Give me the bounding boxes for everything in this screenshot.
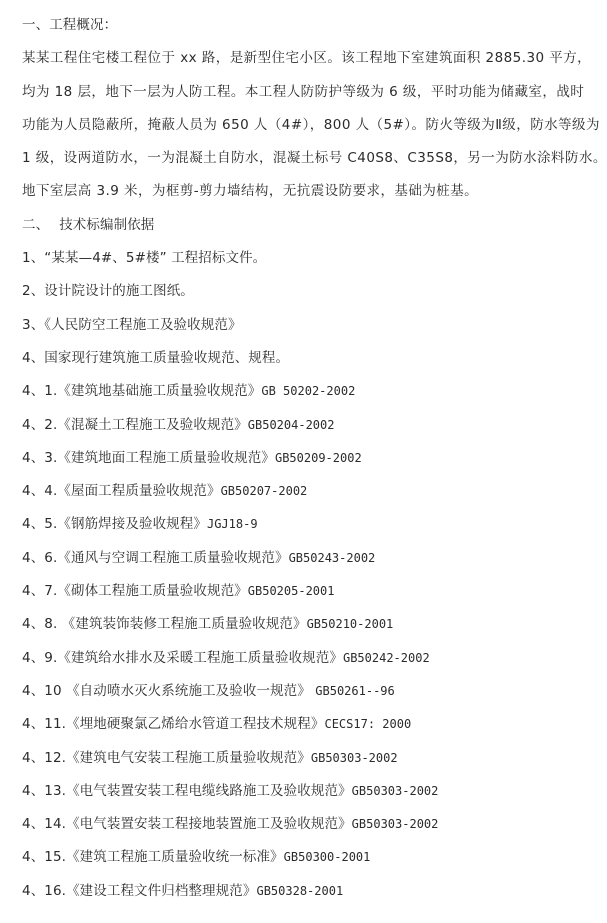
list-item: 4、4.《屋面工程质量验收规范》GB50207-2002 bbox=[22, 478, 597, 511]
item-text: 《人民防空工程施工及验收规范》 bbox=[44, 317, 241, 333]
item-text: 《自动喷水灭火系统施工及验收一规范》 bbox=[62, 683, 316, 699]
item-code: GB50207-2002 bbox=[221, 484, 308, 498]
list-item: 4、10 《自动喷水灭火系统施工及验收一规范》 GB50261--96 bbox=[22, 678, 597, 711]
item-number: 4、4. bbox=[22, 483, 57, 499]
item-number: 4、11. bbox=[22, 716, 66, 732]
item-text: 《建筑装饰装修工程施工质量验收规范》 bbox=[57, 616, 306, 632]
item-text: 《建筑工程施工质量验收统一标准》 bbox=[66, 849, 284, 865]
list-item: 4、3.《建筑地面工程施工质量验收规范》GB50209-2002 bbox=[22, 445, 597, 478]
paragraph-line: 功能为人员隐蔽所，掩蔽人员为 650 人（4#），800 人（5#）。防火等级为… bbox=[22, 112, 597, 145]
item-number: 4、9. bbox=[22, 650, 57, 666]
item-number: 4、3. bbox=[22, 450, 57, 466]
list-item: 3、《人民防空工程施工及验收规范》 bbox=[22, 312, 597, 345]
list-item: 4、国家现行建筑施工质量验收规范、规程。 bbox=[22, 345, 597, 378]
item-text: 《屋面工程质量验收规范》 bbox=[57, 483, 220, 499]
list-item: 1、“某某—4#、5#楼” 工程招标文件。 bbox=[22, 245, 597, 278]
item-number: 4、12. bbox=[22, 750, 66, 766]
item-number: 4、7. bbox=[22, 583, 57, 599]
list-item: 4、11.《埋地硬聚氯乙烯给水管道工程技术规程》CECS17: 2000 bbox=[22, 711, 597, 744]
item-code: GB 50202-2002 bbox=[261, 384, 355, 398]
section-2-heading: 二、技术标编制依据 bbox=[22, 212, 597, 245]
list-item: 4、15.《建筑工程施工质量验收统一标准》GB50300-2001 bbox=[22, 844, 597, 877]
item-number: 4、16. bbox=[22, 883, 66, 899]
list-item: 4、9.《建筑给水排水及采暖工程施工质量验收规范》GB50242-2002 bbox=[22, 645, 597, 678]
list-item: 2、设计院设计的施工图纸。 bbox=[22, 278, 597, 311]
item-number: 2、 bbox=[22, 283, 44, 299]
item-text: 《电气装置安装工程接地装置施工及验收规范》 bbox=[66, 816, 352, 832]
item-text: 《通风与空调工程施工质量验收规范》 bbox=[57, 550, 288, 566]
project-overview-paragraph: 某某工程住宅楼工程位于 xx 路，是新型住宅小区。该工程地下室建筑面积 2885… bbox=[22, 45, 597, 211]
item-number: 1、 bbox=[22, 250, 44, 266]
section-2-title: 技术标编制依据 bbox=[59, 217, 154, 233]
paragraph-line: 地下室层高 3.9 米，为框剪-剪力墙结构，无抗震设防要求，基础为桩基。 bbox=[22, 178, 597, 211]
item-text: “某某—4#、5#楼” 工程招标文件。 bbox=[44, 250, 266, 266]
list-item: 4、13.《电气装置安装工程电缆线路施工及验收规范》GB50303-2002 bbox=[22, 778, 597, 811]
item-code: CECS17: 2000 bbox=[324, 717, 411, 731]
list-item: 4、7.《砌体工程施工质量验收规范》GB50205-2001 bbox=[22, 578, 597, 611]
item-code: JGJ18-9 bbox=[207, 517, 258, 531]
item-text: 《埋地硬聚氯乙烯给水管道工程技术规程》 bbox=[66, 716, 324, 732]
list-item: 4、14.《电气装置安装工程接地装置施工及验收规范》GB50303-2002 bbox=[22, 811, 597, 844]
list-item: 4、2.《混凝土工程施工及验收规范》GB50204-2002 bbox=[22, 412, 597, 445]
item-code: GB50210-2001 bbox=[307, 617, 394, 631]
item-text: 设计院设计的施工图纸。 bbox=[44, 283, 194, 299]
item-number: 4、14. bbox=[22, 816, 66, 832]
item-number: 4、6. bbox=[22, 550, 57, 566]
item-text: 《砌体工程施工质量验收规范》 bbox=[57, 583, 247, 599]
item-code: GB50243-2002 bbox=[289, 551, 376, 565]
document-body: 一、工程概况： 某某工程住宅楼工程位于 xx 路，是新型住宅小区。该工程地下室建… bbox=[22, 12, 597, 911]
item-code: GB50300-2001 bbox=[284, 850, 371, 864]
item-number: 4、2. bbox=[22, 417, 57, 433]
item-text: 《钢筋焊接及验收规程》 bbox=[57, 516, 207, 532]
basis-list: 1、“某某—4#、5#楼” 工程招标文件。 2、设计院设计的施工图纸。 3、《人… bbox=[22, 245, 597, 911]
item-number: 4、1. bbox=[22, 383, 57, 399]
list-item: 4、8. 《建筑装饰装修工程施工质量验收规范》GB50210-2001 bbox=[22, 611, 597, 644]
item-number: 4、8. bbox=[22, 616, 57, 632]
item-code: GB50209-2002 bbox=[275, 451, 362, 465]
list-item: 4、12.《建筑电气安装工程施工质量验收规范》GB50303-2002 bbox=[22, 745, 597, 778]
item-text: 国家现行建筑施工质量验收规范、规程。 bbox=[44, 350, 289, 366]
item-code: GB50303-2002 bbox=[311, 751, 398, 765]
list-item: 4、1.《建筑地基础施工质量验收规范》GB 50202-2002 bbox=[22, 378, 597, 411]
section-2-number: 二、 bbox=[22, 217, 49, 233]
item-text: 《建设工程文件归档整理规范》 bbox=[66, 883, 256, 899]
item-text: 《建筑地基础施工质量验收规范》 bbox=[57, 383, 261, 399]
item-code: GB50303-2002 bbox=[352, 784, 439, 798]
list-item: 4、6.《通风与空调工程施工质量验收规范》GB50243-2002 bbox=[22, 545, 597, 578]
item-code: GB50328-2001 bbox=[256, 884, 343, 898]
paragraph-line: 1 级，设两道防水，一为混凝土自防水，混凝土标号 C40S8、C35S8，另一为… bbox=[22, 145, 597, 178]
paragraph-line: 某某工程住宅楼工程位于 xx 路，是新型住宅小区。该工程地下室建筑面积 2885… bbox=[22, 45, 597, 78]
list-item: 4、16.《建设工程文件归档整理规范》GB50328-2001 bbox=[22, 878, 597, 911]
item-text: 《建筑地面工程施工质量验收规范》 bbox=[57, 450, 275, 466]
item-number: 4、10 bbox=[22, 683, 62, 699]
item-code: GB50204-2002 bbox=[248, 418, 335, 432]
paragraph-line: 均为 18 层，地下一层为人防工程。本工程人防防护等级为 6 级，平时功能为储藏… bbox=[22, 79, 597, 112]
item-code: GB50303-2002 bbox=[352, 817, 439, 831]
item-number: 4、5. bbox=[22, 516, 57, 532]
item-code: GB50242-2002 bbox=[343, 651, 430, 665]
item-number: 4、 bbox=[22, 350, 44, 366]
section-1-heading: 一、工程概况： bbox=[22, 12, 597, 45]
item-number: 4、15. bbox=[22, 849, 66, 865]
list-item: 4、5.《钢筋焊接及验收规程》JGJ18-9 bbox=[22, 511, 597, 544]
item-code: GB50205-2001 bbox=[248, 584, 335, 598]
item-text: 《混凝土工程施工及验收规范》 bbox=[57, 417, 247, 433]
item-text: 《电气装置安装工程电缆线路施工及验收规范》 bbox=[66, 783, 352, 799]
item-number: 4、13. bbox=[22, 783, 66, 799]
item-number: 3、 bbox=[22, 317, 44, 333]
item-text: 《建筑给水排水及采暖工程施工质量验收规范》 bbox=[57, 650, 343, 666]
item-code: GB50261--96 bbox=[315, 684, 394, 698]
item-text: 《建筑电气安装工程施工质量验收规范》 bbox=[66, 750, 311, 766]
